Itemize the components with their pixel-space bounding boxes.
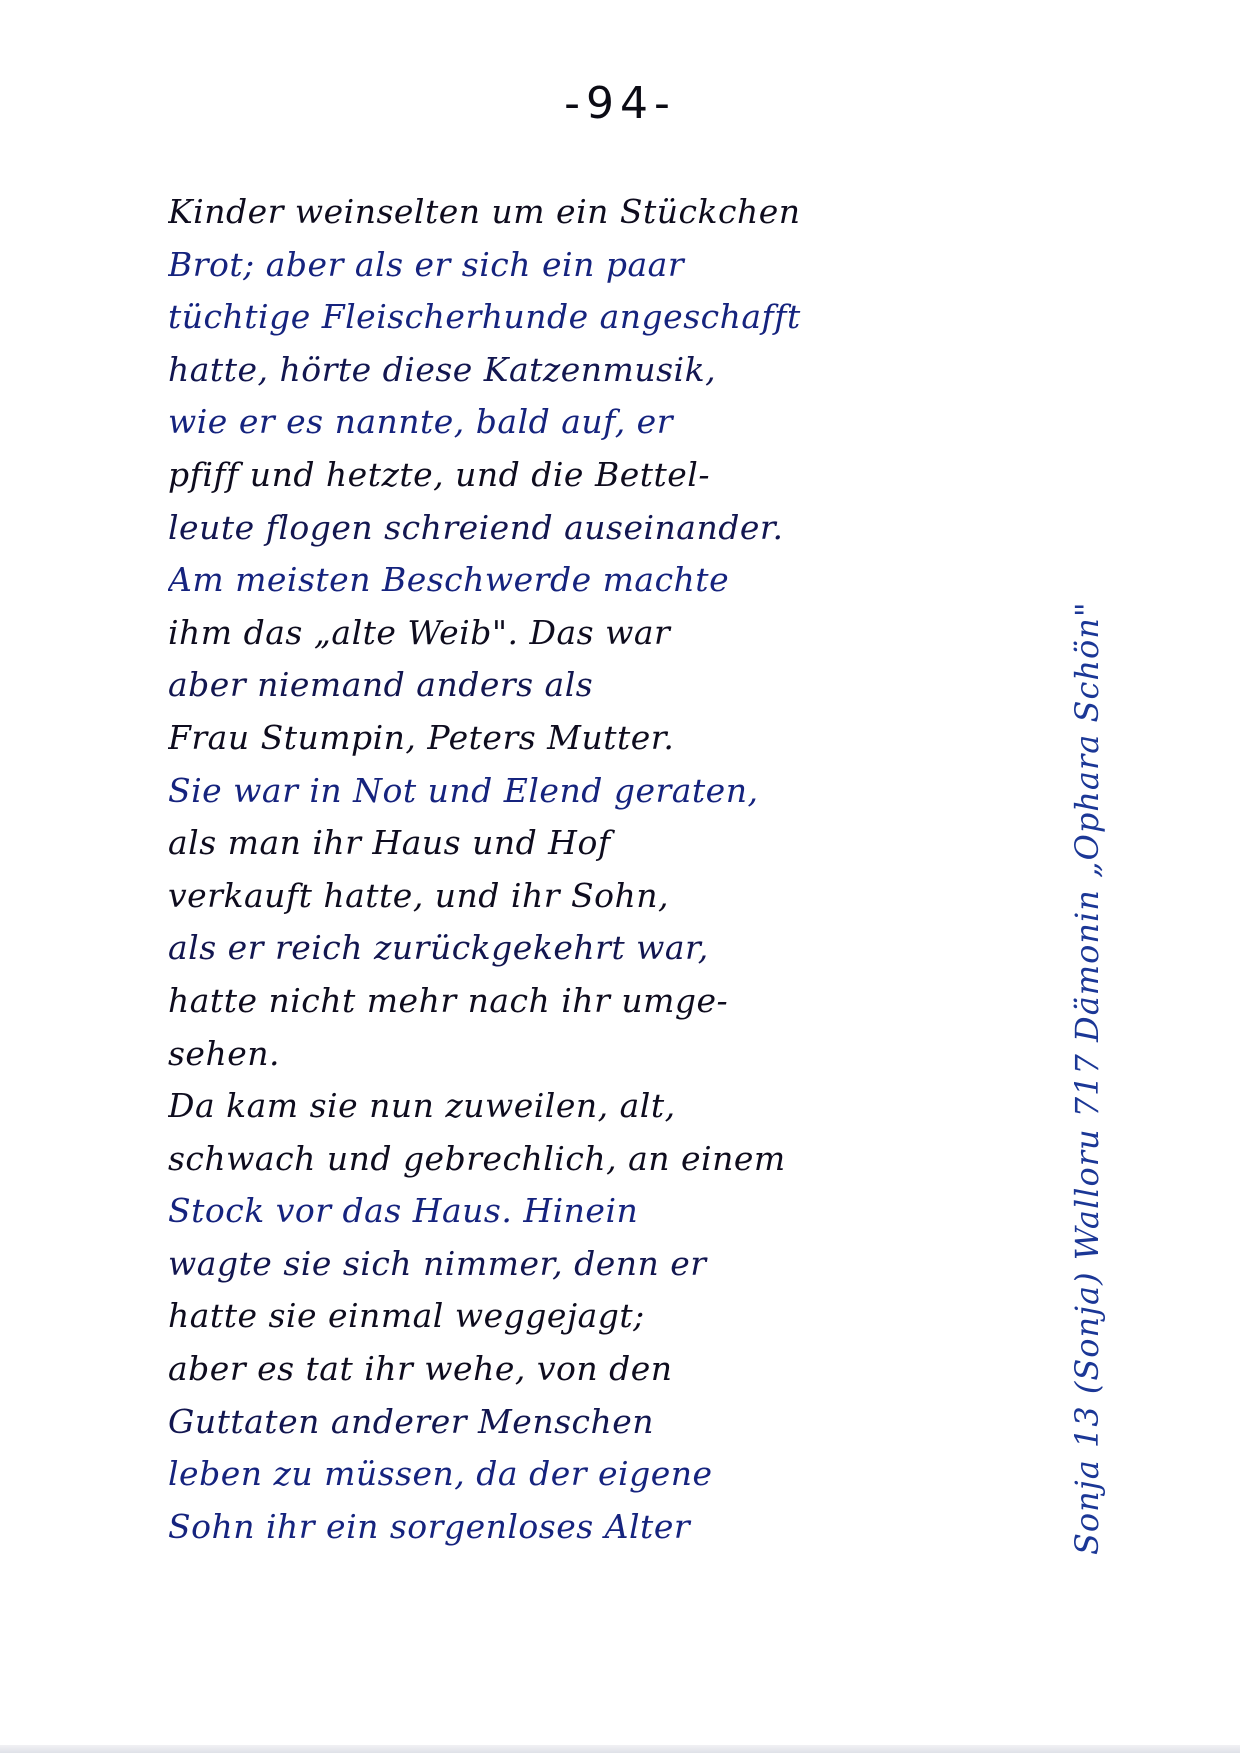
text-line: Frau Stumpin, Peters Mutter. [168,712,1048,765]
text-line: wie er es nannte, bald auf, er [168,396,1048,449]
text-line: hatte nicht mehr nach ihr umge- [168,975,1048,1028]
text-line: leute flogen schreiend auseinander. [168,502,1048,555]
text-line: sehen. [168,1028,1048,1081]
manuscript-page: -94- Kinder weinselten um ein Stückchen … [0,0,1240,1745]
text-line: Da kam sie nun zuweilen, alt, [168,1080,1048,1133]
text-line: tüchtige Fleischerhunde angeschafft [168,291,1048,344]
text-line: ihm das „alte Weib". Das war [168,607,1048,660]
text-line: Brot; aber als er sich ein paar [168,239,1048,292]
handwritten-text-body: Kinder weinselten um ein Stückchen Brot;… [168,186,1048,1553]
text-line: schwach und gebrechlich, an einem [168,1133,1048,1186]
text-line: pfiff und hetzte, und die Bettel- [168,449,1048,502]
text-line: Am meisten Beschwerde machte [168,554,1048,607]
text-line: aber es tat ihr wehe, von den [168,1343,1048,1396]
text-line: hatte sie einmal weggejagt; [168,1290,1048,1343]
scan-bottom-edge [0,1745,1240,1753]
vertical-margin-note: Sonja 13 (Sonja) Walloru 717 Dämonin „Op… [1068,235,1106,1555]
text-line: aber niemand anders als [168,659,1048,712]
text-line: als er reich zurückgekehrt war, [168,922,1048,975]
page-number: -94- [0,78,1240,129]
text-line: verkauft hatte, und ihr Sohn, [168,870,1048,923]
text-line: hatte, hörte diese Katzenmusik, [168,344,1048,397]
text-line: leben zu müssen, da der eigene [168,1448,1048,1501]
text-line: Sohn ihr ein sorgenloses Alter [168,1501,1048,1554]
text-line: Stock vor das Haus. Hinein [168,1185,1048,1238]
text-line: Sie war in Not und Elend geraten, [168,765,1048,818]
text-line: wagte sie sich nimmer, denn er [168,1238,1048,1291]
text-line: Guttaten anderer Menschen [168,1396,1048,1449]
text-line: als man ihr Haus und Hof [168,817,1048,870]
text-line: Kinder weinselten um ein Stückchen [168,186,1048,239]
